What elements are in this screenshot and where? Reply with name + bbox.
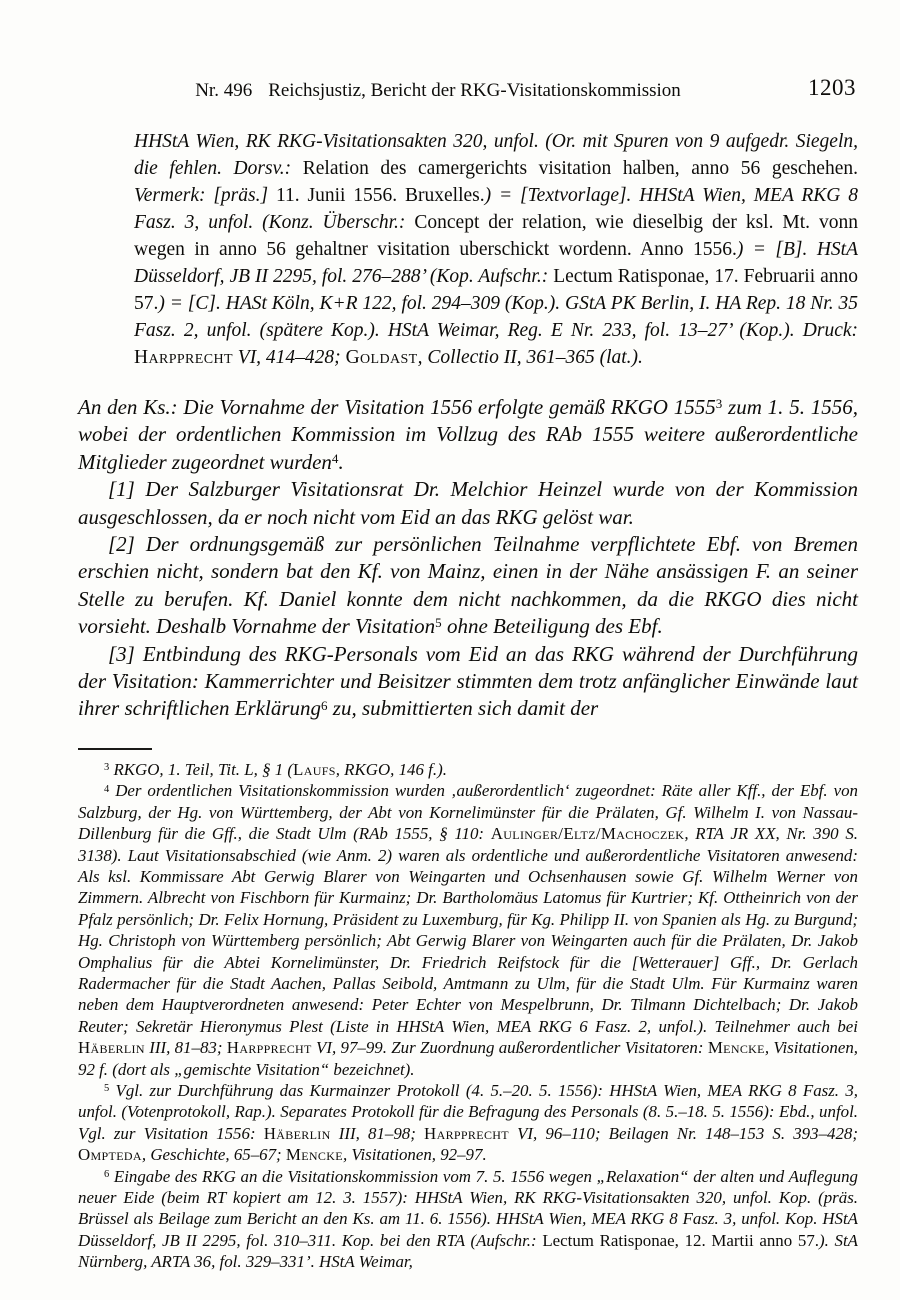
text-segment: Goldast <box>346 347 418 368</box>
footnote-ref: 5 <box>435 615 442 630</box>
text-segment: Mencke <box>708 1038 765 1057</box>
text-segment: , RKGO, 146 f.). <box>336 760 447 779</box>
text-segment: Ompteda <box>78 1145 142 1164</box>
footnote: 6 Eingabe des RKG an die Visitationskomm… <box>78 1166 858 1273</box>
text-segment: ) = [C]. HASt Köln, K+R 122, fol. 294–30… <box>134 293 858 341</box>
body-paragraph: [2] Der ordnungsgemäß zur persönlichen T… <box>78 531 858 641</box>
running-head-title: Nr. 496Reichsjustiz, Bericht der RKG-Vis… <box>78 80 858 102</box>
text-segment: , RTA JR XX, Nr. 390 S. 3138). Laut Visi… <box>78 824 858 1036</box>
regest-body: An den Ks.: Die Vornahme der Visitation … <box>78 394 858 723</box>
text-segment: Relation des camergerichts visitation ha… <box>303 158 858 179</box>
text-segment: Lectum Ratisponae, 12. Martii anno 57. <box>542 1231 819 1250</box>
body-paragraph: An den Ks.: Die Vornahme der Visitation … <box>78 394 858 476</box>
text-segment: III, 81–98; <box>331 1124 424 1143</box>
text-segment: 11. Junii 1556. Bruxelles. <box>276 185 485 206</box>
document-page: Nr. 496Reichsjustiz, Bericht der RKG-Vis… <box>0 0 900 1300</box>
footnote-marker: 6 <box>104 1169 109 1180</box>
text-segment: Vermerk: [präs.] <box>134 185 276 206</box>
footnote: 5 Vgl. zur Durchführung das Kurmainzer P… <box>78 1080 858 1166</box>
text-segment: Harpprecht <box>424 1124 509 1143</box>
text-segment: , Geschichte, 65–67; <box>142 1145 286 1164</box>
text-segment: . <box>338 450 343 474</box>
body-paragraph: [1] Der Salzburger Visitationsrat Dr. Me… <box>78 476 858 531</box>
text-segment: VI, 96–110; Beilagen Nr. 148–153 S. 393–… <box>509 1124 858 1143</box>
footnote: 3 RKGO, 1. Teil, Tit. L, § 1 (Laufs, RKG… <box>78 759 858 780</box>
source-description-block: HHStA Wien, RK RKG-Visitationsakten 320,… <box>134 128 858 371</box>
text-segment: [1] Der Salzburger Visitationsrat Dr. Me… <box>78 477 858 528</box>
footnote: 4 Der ordentlichen Visitationskommission… <box>78 780 858 1080</box>
text-segment: ohne Beteiligung des Ebf. <box>442 614 663 638</box>
text-segment: Aulinger/Eltz/Machoczek <box>491 824 685 843</box>
text-segment: An den Ks.: Die Vornahme der Visitation … <box>78 395 716 419</box>
footnote-marker: 3 <box>104 762 109 773</box>
document-number: Nr. 496 <box>195 80 252 101</box>
footnote-marker: 5 <box>104 1083 109 1094</box>
text-segment: Laufs <box>293 760 336 779</box>
text-segment: VI, 414–428; <box>233 347 346 368</box>
text-segment: Harpprecht <box>227 1038 312 1057</box>
text-segment: RKGO, 1. Teil, Tit. L, § 1 ( <box>109 760 293 779</box>
text-segment: Häberlin <box>264 1124 331 1143</box>
text-segment: , Collectio II, 361–365 (lat.). <box>418 347 643 368</box>
footnote-ref: 3 <box>716 396 723 411</box>
text-segment: zu, submittierten sich damit der <box>328 696 599 720</box>
footnote-ref: 4 <box>332 451 339 466</box>
text-segment: VI, 97–99. Zur Zuordnung außerordentlich… <box>312 1038 708 1057</box>
running-head: Nr. 496Reichsjustiz, Bericht der RKG-Vis… <box>78 80 858 102</box>
text-segment: , Visitationen, 92–97. <box>343 1145 487 1164</box>
body-paragraph: [3] Entbindung des RKG-Personals vom Eid… <box>78 641 858 723</box>
footnote-ref: 6 <box>321 698 328 713</box>
footnotes-block: 3 RKGO, 1. Teil, Tit. L, § 1 (Laufs, RKG… <box>78 759 858 1273</box>
footnote-marker: 4 <box>104 784 109 795</box>
text-segment: Mencke <box>286 1145 343 1164</box>
text-segment: Häberlin <box>78 1038 145 1057</box>
page-number: 1203 <box>808 77 856 99</box>
text-segment: III, 81–83; <box>145 1038 227 1057</box>
text-segment: Harpprecht <box>134 347 233 368</box>
running-head-text: Reichsjustiz, Bericht der RKG-Visitation… <box>268 80 681 101</box>
footnote-separator-rule <box>78 748 152 750</box>
